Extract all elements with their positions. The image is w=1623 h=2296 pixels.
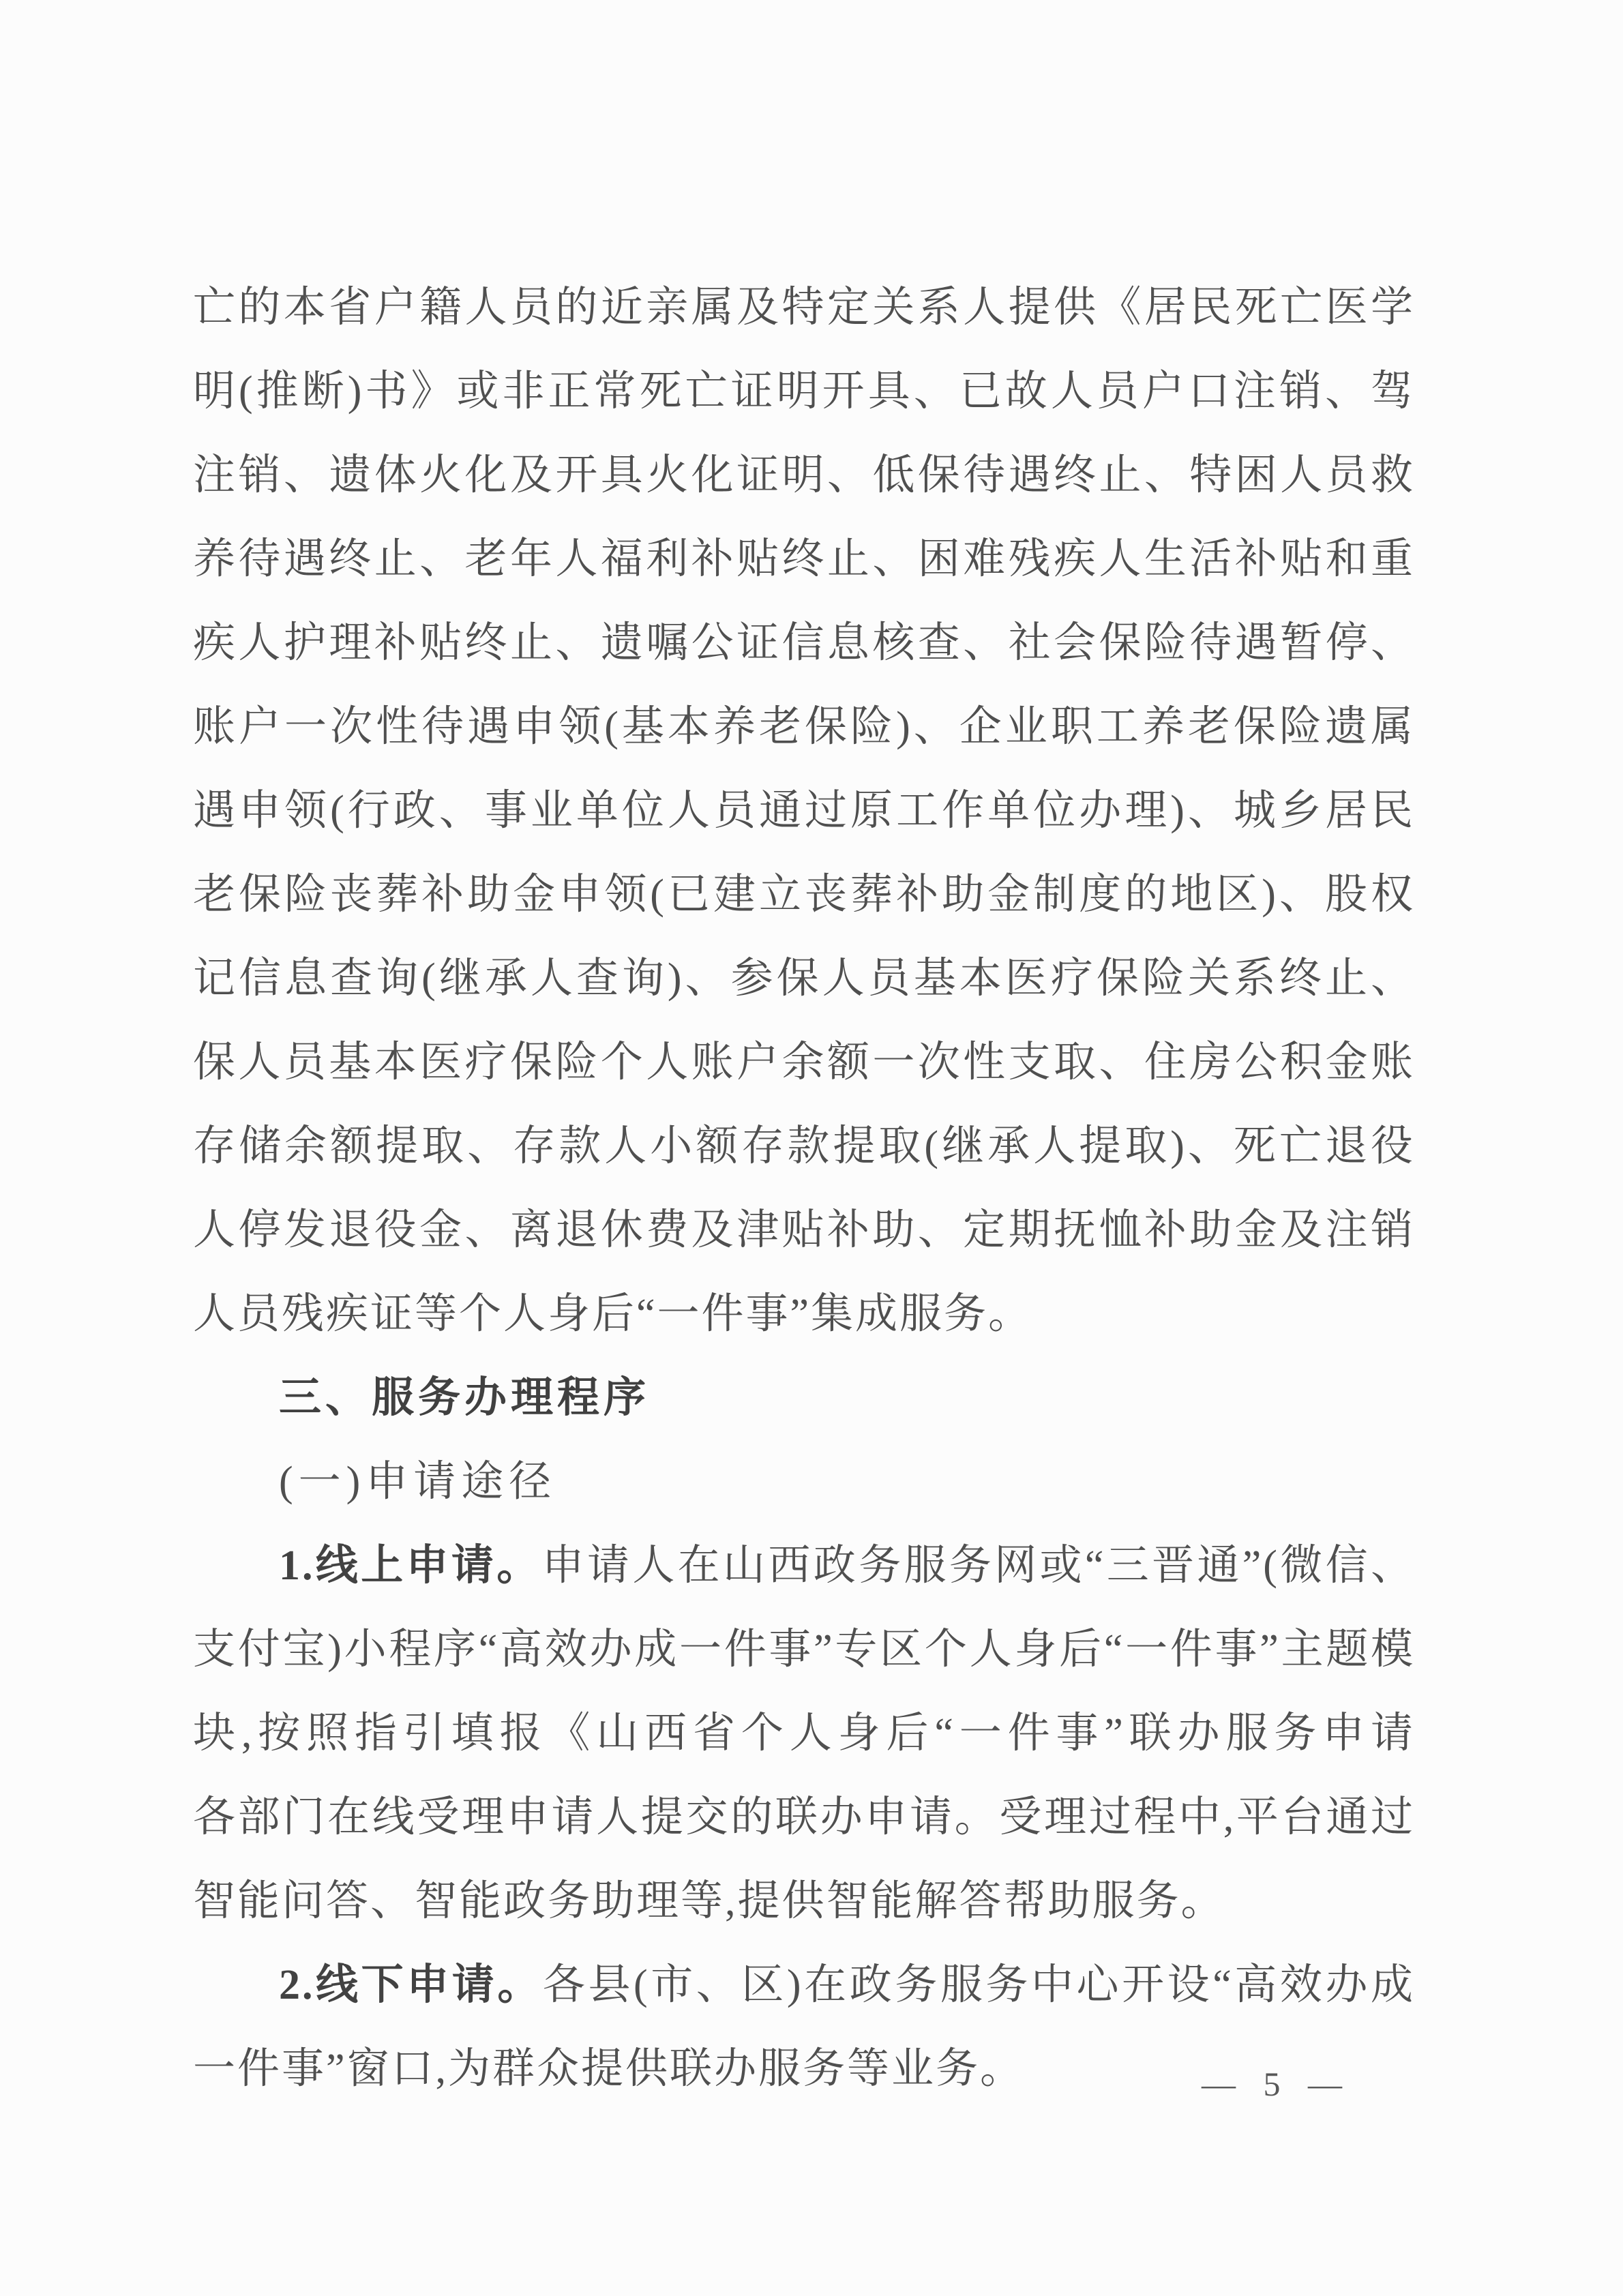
page-number: — 5 — [1202,2065,1352,2103]
body-line: 疾人护理补贴终止、遗嘱公证信息核查、社会保险待遇暂停、个人 [193,601,1415,685]
body-line: 块,按照指引填报《山西省个人身后“一件事”联办服务申请表》。 [193,1692,1415,1776]
body-line: 各部门在线受理申请人提交的联办申请。受理过程中,平台通过 [193,1776,1415,1860]
body-line: 注销、遗体火化及开具火化证明、低保待遇终止、特困人员救助供 [193,434,1415,518]
body-line: 支付宝)小程序“高效办成一件事”专区个人身后“一件事”主题模 [193,1608,1415,1692]
body-line: 智能问答、智能政务助理等,提供智能解答帮助服务。 [193,1860,1415,1943]
bold-run: 2.线下申请。 [279,1962,543,2008]
body-line: 存储余额提取、存款人小额存款提取(继承人提取)、死亡退役军 [193,1105,1415,1189]
bold-run: 1.线上申请。 [279,1542,542,1589]
section-heading: 三、服务办理程序 [193,1356,1415,1440]
body-line: 1.线上申请。申请人在山西政务服务网或“三晋通”(微信、 [193,1524,1415,1608]
body-line: 记信息查询(继承人查询)、参保人员基本医疗保险关系终止、参 [193,937,1415,1021]
body-line: 账户一次性待遇申领(基本养老保险)、企业职工养老保险遗属待 [193,685,1415,769]
body-line: 人停发退役金、离退休费及津贴补助、定期抚恤补助金及注销死亡 [193,1189,1415,1272]
document-page: 亡的本省户籍人员的近亲属及特定关系人提供《居民死亡医学证明(推断)书》或非正常死… [0,0,1623,2296]
subsection-heading: (一)申请途径 [193,1440,1415,1524]
document-body: 亡的本省户籍人员的近亲属及特定关系人提供《居民死亡医学证明(推断)书》或非正常死… [193,266,1415,2111]
body-line: 2.线下申请。各县(市、区)在政务服务中心开设“高效办成 [193,1943,1415,2027]
body-line: 养待遇终止、老年人福利补贴终止、困难残疾人生活补贴和重度残 [193,518,1415,601]
body-line: 遇申领(行政、事业单位人员通过原工作单位办理)、城乡居民养 [193,769,1415,853]
body-line: 人员残疾证等个人身后“一件事”集成服务。 [193,1272,1415,1356]
body-line: 保人员基本医疗保险个人账户余额一次性支取、住房公积金账户 [193,1021,1415,1105]
body-line: 亡的本省户籍人员的近亲属及特定关系人提供《居民死亡医学证 [193,266,1415,350]
body-line: 老保险丧葬补助金申领(已建立丧葬补助金制度的地区)、股权登 [193,853,1415,937]
body-line: 明(推断)书》或非正常死亡证明开具、已故人员户口注销、驾驶证 [193,350,1415,434]
